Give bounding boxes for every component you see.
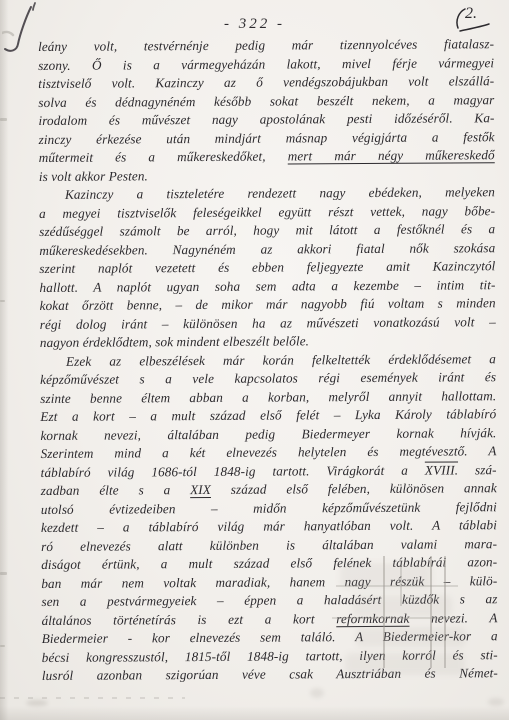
text-segment: táblabíró világ 1686-tól 1848-ig tartott… <box>41 462 425 479</box>
text-segment: kezdett – a táblabíró világ már hanyatló… <box>41 517 497 535</box>
manuscript-line: régi dolog iránt – különösen ha az művés… <box>40 313 496 334</box>
text-segment: irodalom és művészet nagy apostolának pe… <box>38 110 494 128</box>
text-segment: század első felében, különösen annak <box>211 480 497 497</box>
text-segment: XVIII. <box>425 462 458 477</box>
edge-smudge <box>0 118 7 121</box>
manuscript-line: szerint naplót vezetett és ebben feljegy… <box>39 257 495 278</box>
text-segment: tisztviselő volt. Kazinczy az ő vendégsz… <box>38 73 494 91</box>
text-segment: műtermeit és a műkereskedőket, <box>39 148 288 165</box>
text-segment: is volt akkor Pesten. <box>39 168 148 184</box>
bottom-smudge <box>310 688 324 698</box>
bleedthrough-smudge <box>345 653 465 675</box>
text-segment: a megyei tisztviselők feleségeikkel együ… <box>39 203 495 221</box>
text-segment: Szerintem mind a két elnevezés helytelen… <box>40 443 496 461</box>
text-segment: kokat őrzött benne, – de mikor már nagyo… <box>40 295 496 313</box>
text-segment: Ezt a kort – a mult század első felét – … <box>40 406 496 424</box>
text-segment: szédűséggel számolt be arról, hogy mit l… <box>39 221 495 239</box>
text-segment: leány volt, testvérnénje pedig már tizen… <box>38 36 494 54</box>
text-segment: Kazinczy a tiszteletére rendezett nagy e… <box>65 184 495 202</box>
manuscript-line: kokat őrzött benne, – de mikor már nagyo… <box>40 294 496 315</box>
manuscript-line: kezdett – a táblabíró világ már hanyatló… <box>41 516 497 537</box>
text-segment: ró elnevezés alatt különben is általában… <box>41 536 497 554</box>
text-segment: zinczy érkezése után mindjárt másnap vég… <box>39 129 495 147</box>
edge-smudge <box>0 572 7 575</box>
text-segment: műkereskedésekben. Nagynéném az akkori f… <box>39 240 495 258</box>
text-segment: képzőművészet s a vele kapcsolatos régi … <box>40 369 496 387</box>
bleedthrough-smudge <box>356 627 466 647</box>
manuscript-line: Kazinczy a tiszteletére rendezett nagy e… <box>39 183 495 204</box>
text-segment: régi dolog iránt – különösen ha az művés… <box>40 314 496 332</box>
manuscript-line: zadban élte s a XIX század első felében,… <box>41 479 497 500</box>
corner-page-number: 2. <box>465 5 477 23</box>
text-segment: Ezek az elbeszélések már korán felkeltet… <box>66 351 496 369</box>
text-segment: XIX <box>190 482 211 497</box>
manuscript-line: Ezt a kort – a mult század első felét – … <box>40 405 496 426</box>
text-segment: utolsó évtizedeiben – midőn képzőművésze… <box>41 499 497 517</box>
manuscript-line: irodalom és művészet nagy apostolának pe… <box>38 109 494 130</box>
text-segment: szerint naplót vezetett és ebben feljegy… <box>39 258 495 276</box>
manuscript-line: szédűséggel számolt be arról, hogy mit l… <box>39 220 495 241</box>
manuscript-line: leány volt, testvérnénje pedig már tizen… <box>38 35 494 56</box>
bottom-smudge <box>26 700 48 706</box>
ghost-rule-line <box>332 617 458 619</box>
text-segment: szinte benne éltem abban a korban, melyr… <box>40 388 496 406</box>
bleedthrough-smudge <box>352 595 452 617</box>
manuscript-line: tisztviselő volt. Kazinczy az ő vendégsz… <box>38 72 494 93</box>
manuscript-line: Szerintem mind a két elnevezés helytelen… <box>40 442 496 463</box>
edge-smudge <box>0 300 5 302</box>
text-segment: zadban élte s a <box>41 482 190 498</box>
text-segment: solva és dédnagynéném később sokat beszé… <box>38 92 494 110</box>
edge-smudge <box>0 645 5 647</box>
bottom-speck-row <box>0 697 185 699</box>
manuscript-page: - 322 - 2. leány volt, testvérnénje pedi… <box>0 0 509 720</box>
text-segment: mert már négy műkereskedő <box>288 147 495 163</box>
corner-annotation: 2. <box>451 4 493 36</box>
bleedthrough-smudge <box>340 563 432 589</box>
manuscript-line: képzőművészet s a vele kapcsolatos régi … <box>40 368 496 389</box>
text-segment: nagyon érdeklődtem, sok mindent elbeszél… <box>40 333 309 350</box>
text-segment: általános történetírás is ezt a kort <box>42 611 337 628</box>
text-segment: kornak nevezi, általában pedig Biedermey… <box>40 425 496 443</box>
page-number: - 322 - <box>0 16 509 33</box>
manuscript-line: műtermeit és a műkereskedőket, mert már … <box>39 146 495 167</box>
text-segment: szony. Ő is a vármegyeházán lakott, mive… <box>38 55 494 73</box>
text-segment: szá- <box>458 462 497 477</box>
text-segment: hallott. A naplót ugyan soha sem adta a … <box>39 277 495 295</box>
bottom-smudge <box>488 698 504 706</box>
